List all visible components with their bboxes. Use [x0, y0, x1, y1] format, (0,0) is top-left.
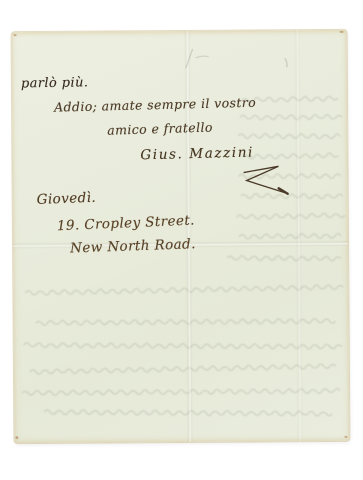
bleedthrough-line: [24, 338, 346, 354]
aging-speck: [15, 436, 18, 439]
signature-paraph: [242, 164, 298, 200]
bleedthrough-line: [227, 251, 343, 266]
small-ink-speck-mark: [282, 56, 294, 70]
bleedthrough-line: [36, 314, 342, 330]
bleedthrough-line: [238, 129, 346, 144]
bleedthrough-line: [239, 229, 347, 244]
handwritten-signature: Gius. Mazzini: [140, 144, 254, 163]
letter-page: parlò più. Addio; amate sempre il vostro…: [12, 30, 350, 443]
aging-speck: [14, 34, 17, 36]
aging-speck: [344, 436, 347, 438]
pencil-mark: [178, 45, 218, 73]
aging-speck: [340, 31, 344, 33]
bleedthrough-line: [240, 110, 344, 125]
bleedthrough-line: [237, 208, 347, 224]
bleedthrough-line: [242, 148, 342, 164]
photograph-background: parlò più. Addio; amate sempre il vostro…: [0, 0, 363, 480]
bleedthrough-line: [242, 91, 342, 107]
bleedthrough-line: [25, 280, 347, 300]
bleedthrough-line: [44, 405, 336, 421]
bleedthrough-line: [30, 359, 342, 379]
bleedthrough-line: [22, 384, 346, 400]
handwritten-line-closing-fragment: parlò più.: [21, 75, 89, 91]
handwritten-line-dateline: Giovedì.: [36, 190, 96, 208]
